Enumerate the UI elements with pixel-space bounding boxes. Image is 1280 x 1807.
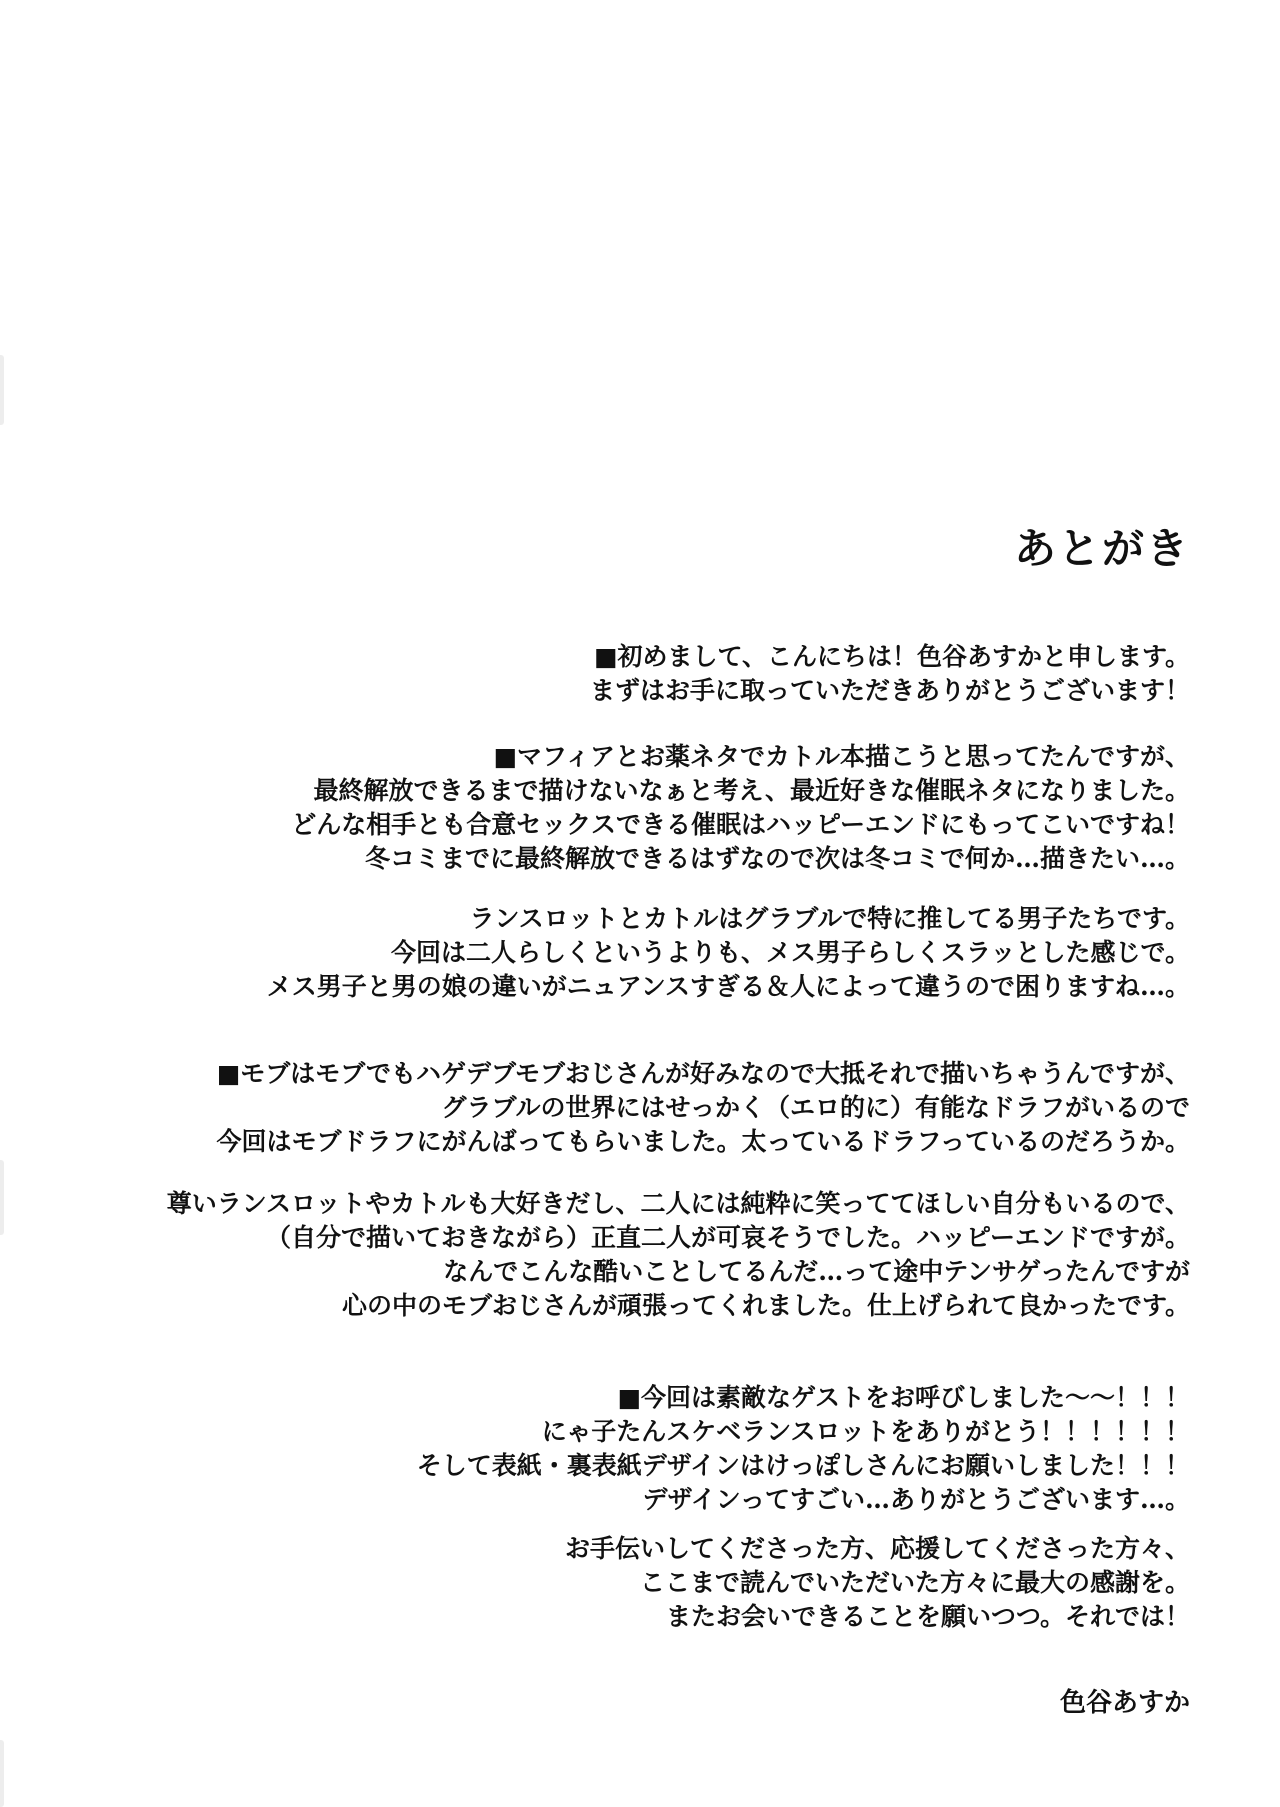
text-line: 今回はモブドラフにがんばってもらいました。太っているドラフっているのだろうか。 (60, 1125, 1190, 1159)
scan-artifact (0, 1160, 4, 1235)
scan-artifact (0, 1740, 4, 1807)
text-line: 尊いランスロットやカトルも大好きだし、二人には純粋に笑っててほしい自分もいるので… (60, 1187, 1190, 1221)
text-line: またお会いできることを願いつつ。それでは！ (60, 1600, 1190, 1634)
author-signature: 色谷あすか (90, 1686, 1190, 1720)
text-line: 最終解放できるまで描けないなぁと考え、最近好きな催眠ネタになりました。 (60, 774, 1190, 808)
paragraph-characters: ランスロットとカトルはグラブルで特に推してる男子たちです。 今回は二人らしくとい… (60, 902, 1190, 1004)
text-line: なんでこんな酷いことしてるんだ…って途中テンサゲったんですが (60, 1255, 1190, 1289)
text-line: グラブルの世界にはせっかく（エロ的に）有能なドラフがいるので (60, 1091, 1190, 1125)
text-line: まずはお手に取っていただきありがとうございます！ (60, 674, 1190, 708)
text-line: メス男子と男の娘の違いがニュアンスすぎる＆人によって違うので困りますね…。 (60, 970, 1190, 1004)
text-line: ここまで読んでいただいた方々に最大の感謝を。 (60, 1566, 1190, 1600)
text-line: ■今回は素敵なゲストをお呼びしました～～！！！ (60, 1381, 1190, 1415)
text-line: （自分で描いておきながら）正直二人が可哀そうでした。ハッピーエンドですが。 (60, 1221, 1190, 1255)
text-line: ■初めまして、こんにちは！色谷あすかと申します。 (60, 640, 1190, 674)
text-line: ■モブはモブでもハゲデブモブおじさんが好みなので大抵それで描いちゃうんですが、 (60, 1057, 1190, 1091)
text-line: ランスロットとカトルはグラブルで特に推してる男子たちです。 (60, 902, 1190, 936)
text-line: ■マフィアとお薬ネタでカトル本描こうと思ってたんですが、 (60, 740, 1190, 774)
text-line: 今回は二人らしくというよりも、メス男子らしくスラッとした感じで。 (60, 936, 1190, 970)
scan-artifact (0, 355, 4, 425)
text-line: そして表紙・裏表紙デザインはけっぽしさんにお願いしました！！！ (60, 1449, 1190, 1483)
paragraph-feelings: 尊いランスロットやカトルも大好きだし、二人には純粋に笑っててほしい自分もいるので… (60, 1187, 1190, 1323)
text-line: どんな相手とも合意セックスできる催眠はハッピーエンドにもってこいですね！ (60, 808, 1190, 842)
paragraph-thanks: お手伝いしてくださった方、応援してくださった方々、 ここまで読んでいただいた方々… (60, 1532, 1190, 1634)
text-line: 心の中のモブおじさんが頑張ってくれました。仕上げられて良かったです。 (60, 1289, 1190, 1323)
text-line: お手伝いしてくださった方、応援してくださった方々、 (60, 1532, 1190, 1566)
afterword-page: あとがき ■初めまして、こんにちは！色谷あすかと申します。 まずはお手に取ってい… (0, 0, 1280, 1807)
text-line: にゃ子たんスケベランスロットをありがとう！！！！！！ (60, 1415, 1190, 1449)
text-line: 冬コミまでに最終解放できるはずなので次は冬コミで何か…描きたい…。 (60, 842, 1190, 876)
paragraph-concept: ■マフィアとお薬ネタでカトル本描こうと思ってたんですが、 最終解放できるまで描け… (60, 740, 1190, 876)
paragraph-guests: ■今回は素敵なゲストをお呼びしました～～！！！ にゃ子たんスケベランスロットをあ… (60, 1381, 1190, 1517)
text-line: デザインってすごい…ありがとうございます…。 (60, 1483, 1190, 1517)
paragraph-mob: ■モブはモブでもハゲデブモブおじさんが好みなので大抵それで描いちゃうんですが、 … (60, 1057, 1190, 1159)
page-title: あとがき (90, 525, 1190, 573)
paragraph-greeting: ■初めまして、こんにちは！色谷あすかと申します。 まずはお手に取っていただきあり… (60, 640, 1190, 708)
